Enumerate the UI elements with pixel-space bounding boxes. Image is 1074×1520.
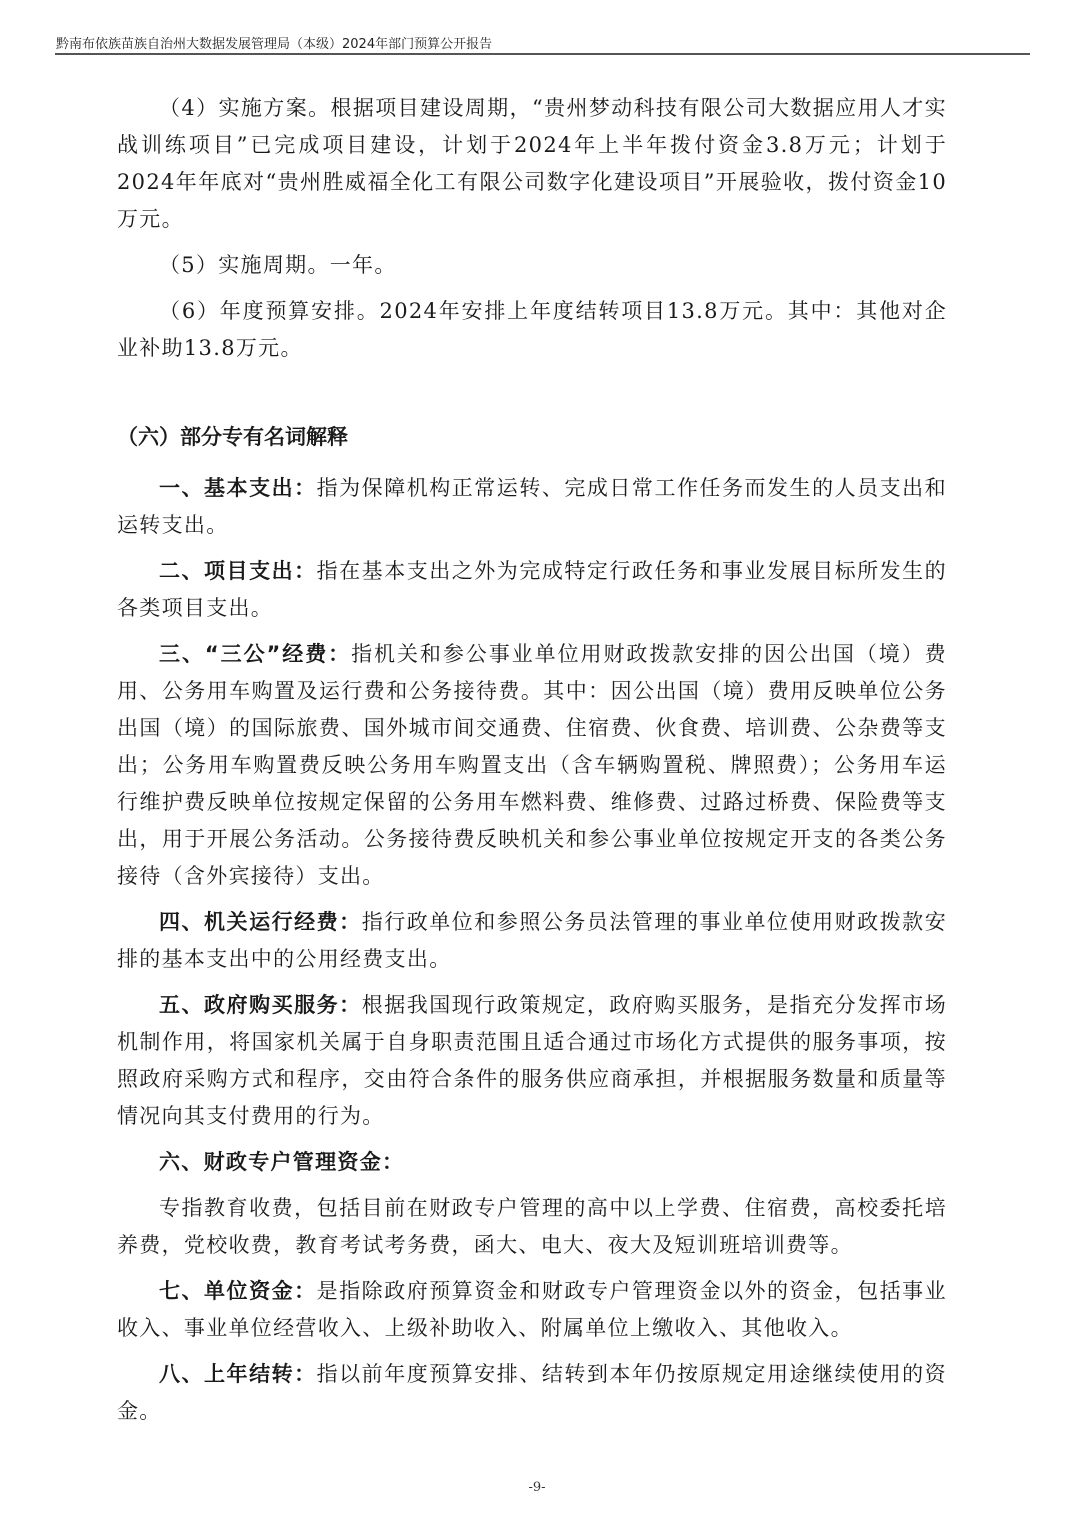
term-label: 二、项目支出：	[159, 559, 317, 583]
header-rule	[55, 53, 1030, 55]
term-definition: 指机关和参公事业单位用财政拨款安排的因公出国（境）费用、公务用车购置及运行费和公…	[117, 642, 947, 888]
term-unit-funds: 七、单位资金：是指除政府预算资金和财政专户管理资金以外的资金，包括事业收入、事业…	[117, 1273, 947, 1347]
term-label: 七、单位资金：	[159, 1279, 317, 1303]
paragraph-implementation-period: （5）实施周期。一年。	[117, 247, 947, 284]
paragraph-annual-budget: （6）年度预算安排。2024年安排上年度结转项目13.8万元。其中：其他对企业补…	[117, 293, 947, 367]
document-body: （4）实施方案。根据项目建设周期，“贵州梦动科技有限公司大数据应用人才实战训练项…	[117, 90, 947, 1439]
term-label: 八、上年结转：	[159, 1362, 317, 1386]
running-header: 黔南布依族苗族自治州大数据发展管理局（本级）2024年部门预算公开报告	[56, 33, 492, 52]
term-prior-year-carryover: 八、上年结转：指以前年度预算安排、结转到本年仍按原规定用途继续使用的资金。	[117, 1356, 947, 1430]
term-operating-expenses: 四、机关运行经费：指行政单位和参照公务员法管理的事业单位使用财政拨款安排的基本支…	[117, 904, 947, 978]
term-government-procurement: 五、政府购买服务：根据我国现行政策规定，政府购买服务，是指充分发挥市场机制作用，…	[117, 987, 947, 1135]
section-heading: （六）部分专有名词解释	[117, 419, 947, 456]
term-basic-expenditure: 一、基本支出：指为保障机构正常运转、完成日常工作任务而发生的人员支出和运转支出。	[117, 470, 947, 544]
term-label: 三、“三公”经费：	[159, 642, 351, 666]
term-special-account-funds: 六、财政专户管理资金：	[117, 1144, 947, 1181]
paragraph-implementation-plan: （4）实施方案。根据项目建设周期，“贵州梦动科技有限公司大数据应用人才实战训练项…	[117, 90, 947, 238]
term-project-expenditure: 二、项目支出：指在基本支出之外为完成特定行政任务和事业发展目标所发生的各类项目支…	[117, 553, 947, 627]
term-label: 六、财政专户管理资金：	[159, 1150, 404, 1174]
term-label: 五、政府购买服务：	[159, 993, 362, 1017]
page-number: -9-	[0, 1480, 1074, 1495]
term-special-account-funds-definition: 专指教育收费，包括目前在财政专户管理的高中以上学费、住宿费，高校委托培养费，党校…	[117, 1190, 947, 1264]
term-label: 一、基本支出：	[159, 476, 317, 500]
term-definition: 专指教育收费，包括目前在财政专户管理的高中以上学费、住宿费，高校委托培养费，党校…	[117, 1196, 947, 1257]
term-three-public-expenses: 三、“三公”经费：指机关和参公事业单位用财政拨款安排的因公出国（境）费用、公务用…	[117, 636, 947, 895]
term-label: 四、机关运行经费：	[159, 910, 362, 934]
